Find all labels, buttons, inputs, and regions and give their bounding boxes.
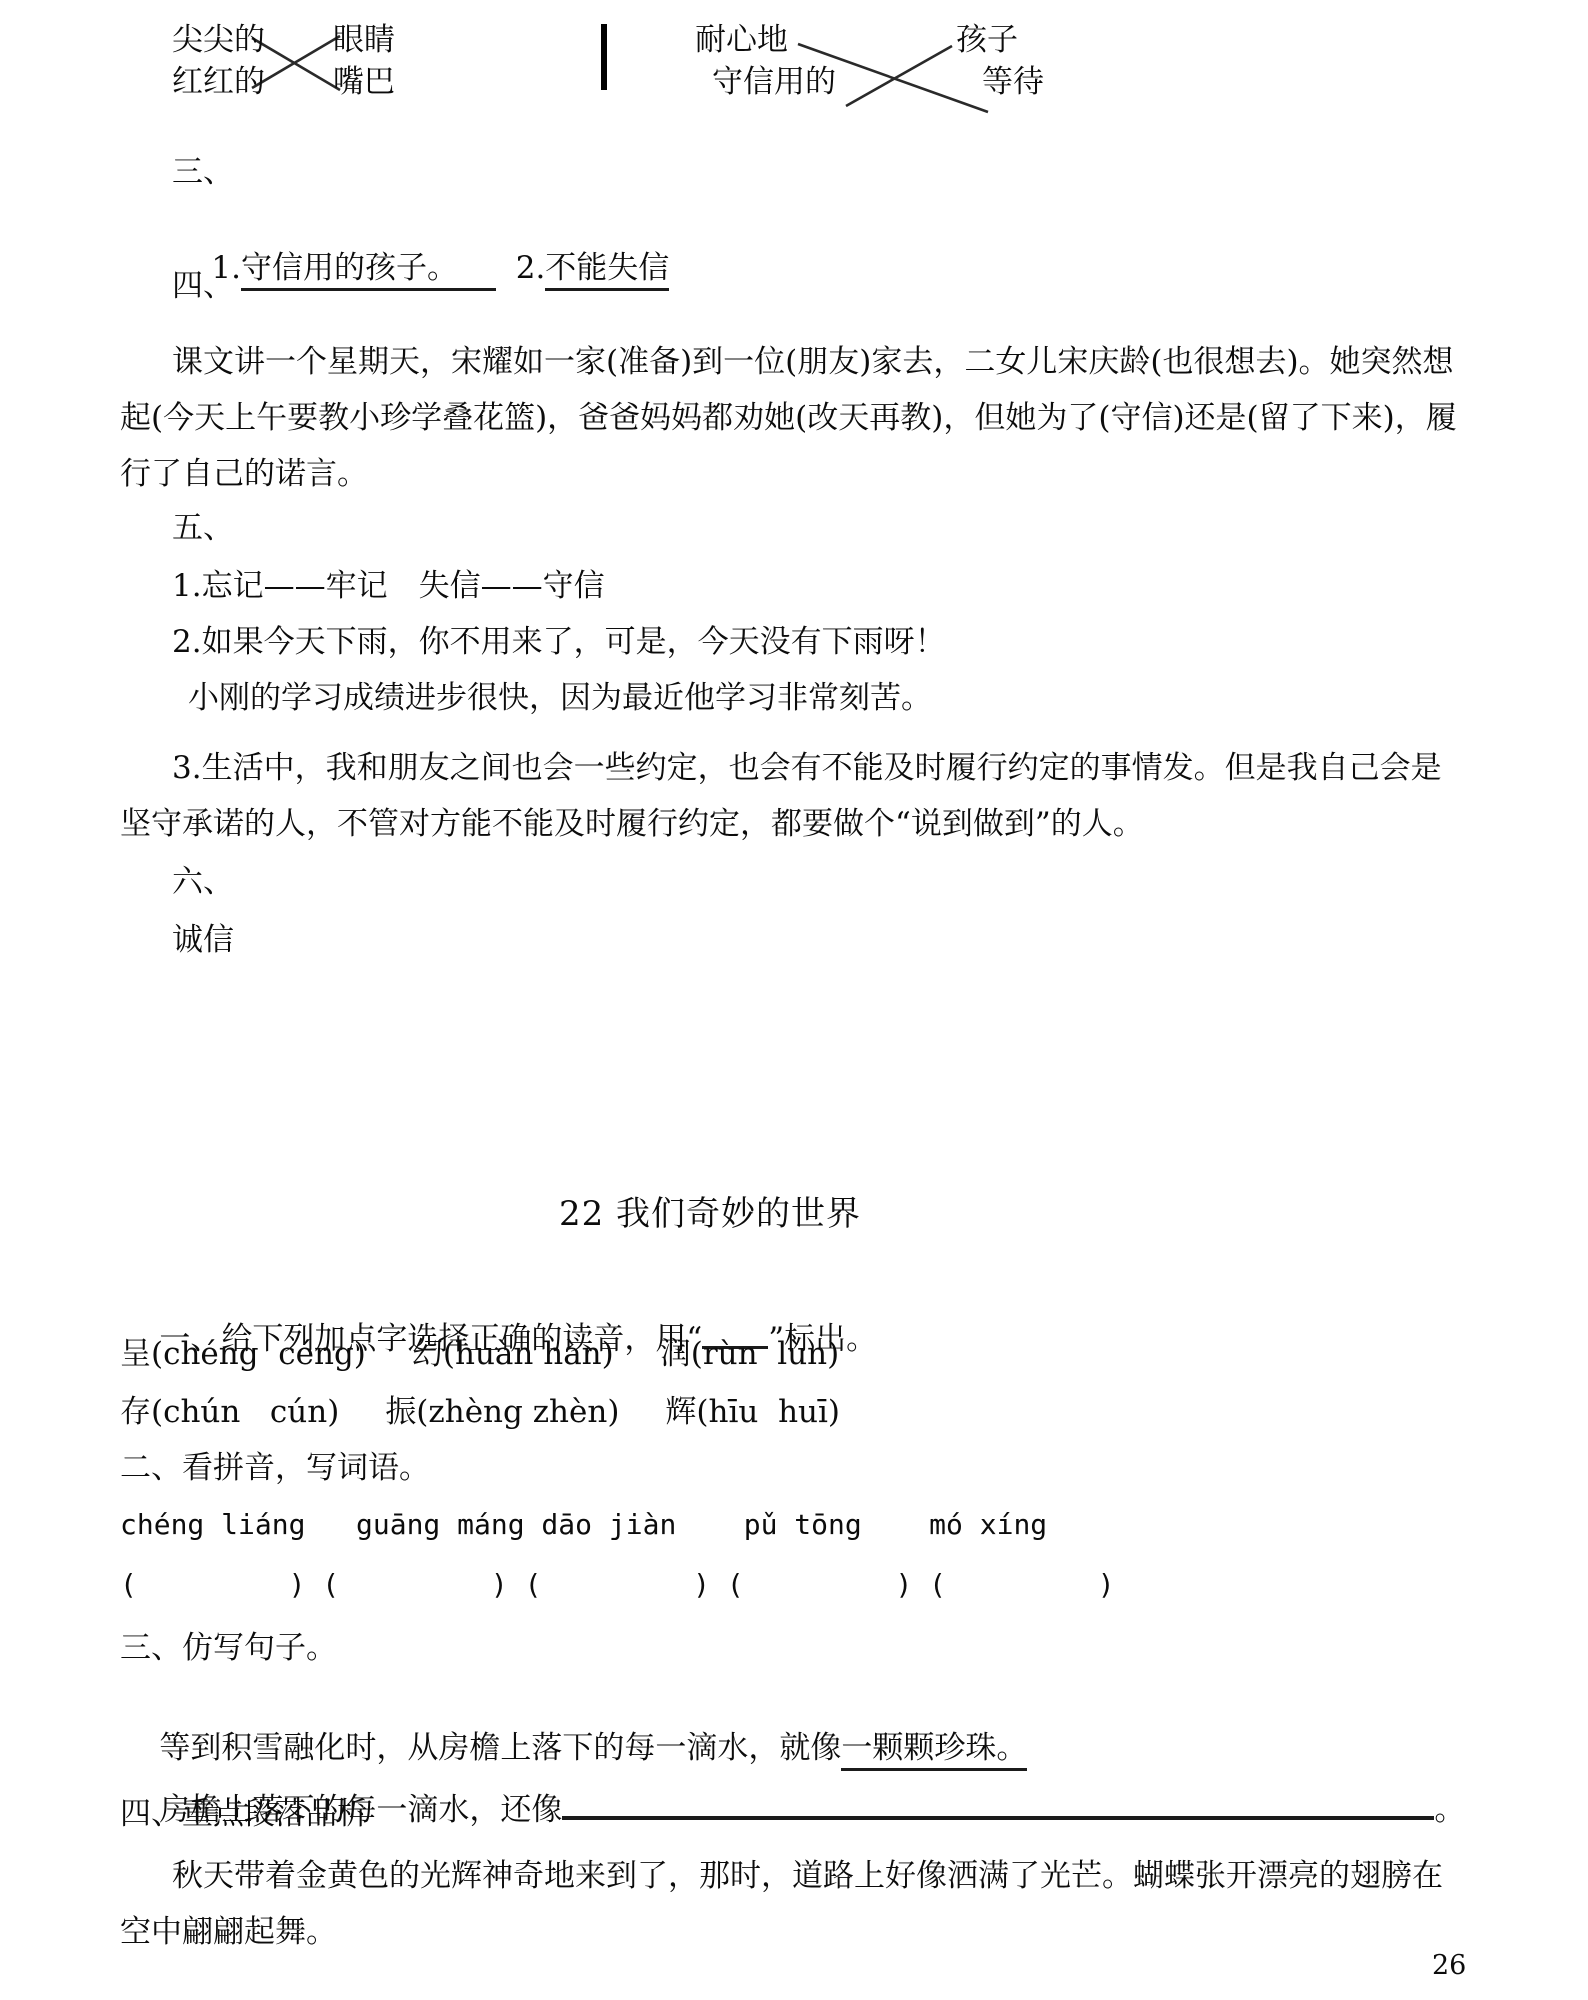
q4-paragraph: 秋天带着金黄色的光辉神奇地来到了，那时，道路上好像洒满了光芒。蝴蝶张开漂亮的翅膀… (120, 1848, 1472, 1960)
match-left-term-2: 红红的 (172, 62, 265, 102)
section-four-heading: 四、 (172, 266, 234, 306)
section-five-answer-2b: 小刚的学习成绩进步很快，因为最近他学习非常刻苦。 (188, 678, 932, 718)
answer-2-text: 不能失信 (545, 250, 669, 291)
q3-answer-blank (562, 1784, 1434, 1820)
section-four-paragraph: 课文讲一个星期天，宋耀如一家(准备)到一位(朋友)家去，二女儿宋庆龄(也很想去)… (120, 334, 1472, 502)
q1-item-cheng: 呈(chéng céng) (120, 1334, 366, 1374)
section-five-answer-3: 3.生活中，我和朋友之间也会一些约定，也会有不能及时履行约定的事情发。但是我自己… (120, 740, 1472, 852)
match-right-term-1: 耐心地 (695, 20, 788, 60)
worksheet-page: 尖尖的 红红的 眼睛 嘴巴 耐心地 守信用的 孩子 等待 三、 1.守信用的孩子… (0, 0, 1588, 2000)
section-five-answer-1: 1.忘记——牢记 失信——守信 (172, 566, 605, 606)
q3-heading: 三、仿写句子。 (120, 1628, 337, 1668)
section-three-answers: 1.守信用的孩子。 2.不能失信 (172, 208, 669, 328)
q1-item-huan: 幻(huàn hàn) (412, 1334, 614, 1374)
q1-item-hui: 辉(hīu huī) (665, 1392, 840, 1432)
section-six-answer: 诚信 (172, 920, 234, 960)
section-five-answer-2: 2.如果今天下雨，你不用来了，可是，今天没有下雨呀！ (172, 622, 946, 662)
q3-imitate-suffix: 。 (1434, 1792, 1465, 1828)
q4-para-line1: 秋天带着金黄色的光辉神奇地来到了，那时，道路上好像洒满了光芒。蝴蝶张开漂亮的 (172, 1858, 1350, 1894)
q1-item-run: 润(rùn lùn) (660, 1334, 840, 1374)
answer-2-number: 2. (516, 250, 546, 286)
match-right-option-1: 孩子 (956, 20, 1018, 60)
page-number: 26 (1432, 1950, 1466, 1981)
q1-item-cun: 存(chún cún) (120, 1392, 339, 1432)
q2-heading: 二、看拼音，写词语。 (120, 1448, 430, 1488)
q4-heading: 四、重点段落品析 (120, 1794, 368, 1834)
match-left-option-2: 嘴巴 (333, 62, 395, 102)
q2-pinyin-row: chéng liáng guāng máng dāo jiàn pǔ tōng … (120, 1508, 1047, 1541)
match-right-option-2: 等待 (982, 62, 1044, 102)
lesson-title: 22 我们奇妙的世界 (0, 1186, 1420, 1235)
answer-spacer (496, 250, 516, 286)
q1-row-2: 存(chún cún) 振(zhèng zhèn) 辉(hīu huī) (120, 1392, 840, 1432)
q1-row-1: 呈(chéng céng) 幻(huàn hàn) 润(rùn lùn) (120, 1334, 839, 1374)
section-five-heading: 五、 (172, 508, 234, 548)
answer-3-line1: 3.生活中，我和朋友之间也会一些约定，也会有不能及时履行约定的事情发。但是我自 (172, 750, 1349, 786)
q1-item-zhen: 振(zhèng zhèn) (385, 1392, 619, 1432)
match-left-option-1: 眼睛 (333, 20, 395, 60)
section-six-heading: 六、 (172, 862, 234, 902)
q2-blanks-row: ( ) ( ) ( ) ( ) ( ) (120, 1568, 1115, 1601)
answer-1-text: 守信用的孩子。 (241, 250, 496, 291)
match-left-term-1: 尖尖的 (172, 20, 265, 60)
section-three-heading: 三、 (172, 152, 234, 192)
match-right-term-2: 守信用的 (712, 62, 836, 102)
matching-divider (601, 24, 607, 90)
